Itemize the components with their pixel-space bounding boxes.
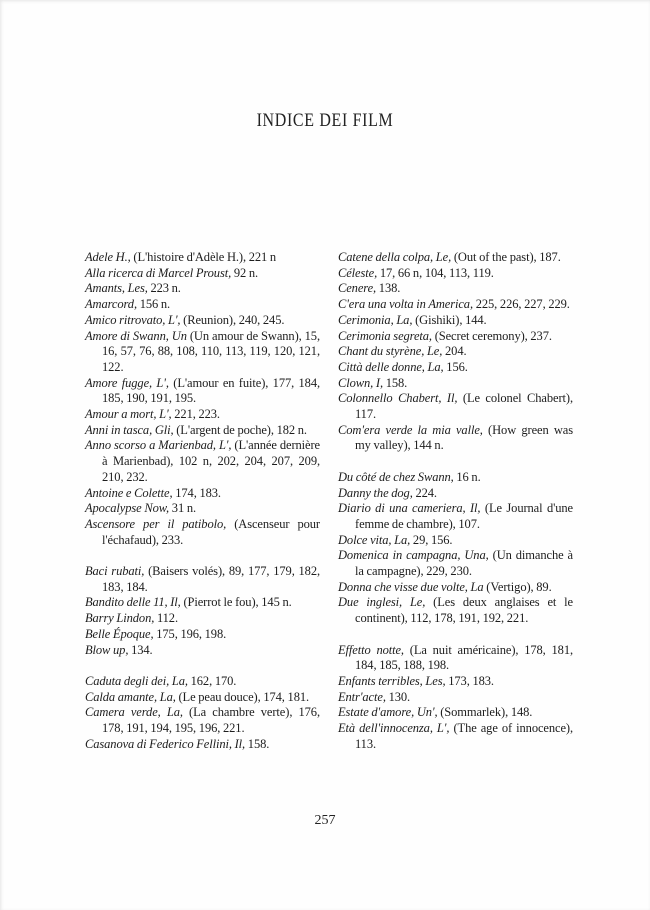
index-entry: Catene della colpa, Le, (Out of the past… [338,250,573,266]
index-entry: Amants, Les, 223 n. [85,281,320,297]
index-entry: Belle Époque, 175, 196, 198. [85,627,320,643]
entry-refs: (L'argent de poche), 182 n. [174,423,307,437]
index-column-left: Adele H., (L'histoire d'Adèle H.), 221 n… [85,250,320,752]
film-title: Com'era verde la mia valle, [338,423,483,437]
film-title: Adele H., [85,250,131,264]
film-title: Cerimonia, La, [338,313,412,327]
film-title: Du côté de chez Swann, [338,470,454,484]
film-title: Catene della colpa, Le, [338,250,451,264]
film-title: Ascensore per il patibolo, [85,517,226,531]
index-group-e: Effetto notte, (La nuit américaine), 178… [338,643,573,753]
index-entry: Calda amante, La, (Le peau douce), 174, … [85,690,320,706]
index-entry: Cerimonia, La, (Gishiki), 144. [338,313,573,329]
index-entry: Due inglesi, Le, (Les deux anglaises et … [338,595,573,626]
entry-refs: (Secret ceremony), 237. [432,329,552,343]
entry-refs: 31 n. [169,501,196,515]
index-group-a: Adele H., (L'histoire d'Adèle H.), 221 n… [85,250,320,548]
entry-refs: 92 n. [231,266,258,280]
entry-refs: (Sommarlek), 148. [438,705,533,719]
index-entry: Donna che visse due volte, La (Vertigo),… [338,580,573,596]
film-title: Entr'acte, [338,690,386,704]
index-entry: Anno scorso a Marienbad, L', (L'année de… [85,438,320,485]
book-page: INDICE DEI FILM Adele H., (L'histoire d'… [0,0,650,910]
film-title: Amour a mort, L', [85,407,172,421]
film-title: Blow up, [85,643,128,657]
index-entry: Chant du styrène, Le, 204. [338,344,573,360]
index-entry: Blow up, 134. [85,643,320,659]
film-title: Donna che visse due volte, La [338,580,484,594]
index-entry: Città delle donne, La, 156. [338,360,573,376]
film-title: Cerimonia segreta, [338,329,432,343]
film-title: Calda amante, La, [85,690,176,704]
film-title: Cenere, [338,281,376,295]
entry-refs: 224. [413,486,437,500]
index-entry: Enfants terribles, Les, 173, 183. [338,674,573,690]
index-entry: Anni in tasca, Gli, (L'argent de poche),… [85,423,320,439]
entry-refs: 16 n. [454,470,481,484]
index-entry: Clown, I, 158. [338,376,573,392]
index-entry: Amour a mort, L', 221, 223. [85,407,320,423]
index-entry: Estate d'amore, Un', (Sommarlek), 148. [338,705,573,721]
index-entry: Com'era verde la mia valle, (How green w… [338,423,573,454]
entry-refs: 138. [376,281,400,295]
entry-refs: 174, 183. [173,486,221,500]
entry-refs: 175, 196, 198. [154,627,227,641]
entry-refs: (Vertigo), 89. [484,580,552,594]
film-title: Estate d'amore, Un', [338,705,438,719]
entry-refs: 130. [386,690,410,704]
entry-refs: 134. [128,643,152,657]
index-entry: Casanova di Federico Fellini, Il, 158. [85,737,320,753]
index-entry: Domenica in campagna, Una, (Un dimanche … [338,548,573,579]
entry-refs: 225, 226, 227, 229. [473,297,570,311]
index-entry: Danny the dog, 224. [338,486,573,502]
entry-refs: (Reunion), 240, 245. [180,313,284,327]
film-title: Bandito delle 11, Il, [85,595,181,609]
entry-refs: 223 n. [148,281,181,295]
entry-refs: (Gishiki), 144. [412,313,486,327]
film-title: Céleste, [338,266,377,280]
film-title: Apocalypse Now, [85,501,169,515]
index-entry: Amico ritrovato, L', (Reunion), 240, 245… [85,313,320,329]
index-entry: Adele H., (L'histoire d'Adèle H.), 221 n [85,250,320,266]
film-title: Antoine e Colette, [85,486,173,500]
film-title: Domenica in campagna, Una, [338,548,489,562]
index-entry: Antoine e Colette, 174, 183. [85,486,320,502]
film-title: Belle Époque, [85,627,154,641]
film-title: Città delle donne, La, [338,360,444,374]
film-title: Baci rubati, [85,564,144,578]
index-entry: C'era una volta in America, 225, 226, 22… [338,297,573,313]
film-title: Età dell'innocenza, L', [338,721,449,735]
entry-refs: 204. [442,344,466,358]
entry-refs: 221, 223. [172,407,220,421]
entry-refs: 29, 156. [410,533,452,547]
entry-refs: 17, 66 n, 104, 113, 119. [377,266,494,280]
film-title: Barry Lindon, [85,611,154,625]
index-entry: Cenere, 138. [338,281,573,297]
entry-refs: (L'histoire d'Adèle H.), 221 n [131,250,276,264]
film-title: Chant du styrène, Le, [338,344,442,358]
film-title: Anno scorso a Marienbad, L', [85,438,231,452]
page-title: INDICE DEI FILM [52,110,598,132]
film-title: C'era una volta in America, [338,297,473,311]
entry-refs: (Pierrot le fou), 145 n. [181,595,292,609]
entry-refs: 156. [444,360,468,374]
index-group-d: Du côté de chez Swann, 16 n.Danny the do… [338,470,573,627]
film-title: Amore fugge, L', [85,376,169,390]
film-title: Due inglesi, Le, [338,595,425,609]
index-entry: Amore di Swann, Un (Un amour de Swann), … [85,329,320,376]
film-title: Effetto notte, [338,643,404,657]
film-title: Amico ritrovato, L', [85,313,180,327]
entry-refs: (Le peau douce), 174, 181. [176,690,309,704]
film-title: Diario di una cameriera, Il, [338,501,480,515]
index-column-right: Catene della colpa, Le, (Out of the past… [338,250,573,752]
index-entry: Camera verde, La, (La chambre verte), 17… [85,705,320,736]
index-entry: Bandito delle 11, Il, (Pierrot le fou), … [85,595,320,611]
index-entry: Dolce vita, La, 29, 156. [338,533,573,549]
film-title: Camera verde, La, [85,705,183,719]
entry-refs: (Out of the past), 187. [451,250,561,264]
film-title: Alla ricerca di Marcel Proust, [85,266,231,280]
entry-refs: 173, 183. [446,674,494,688]
index-entry: Età dell'innocenza, L', (The age of inno… [338,721,573,752]
index-entry: Effetto notte, (La nuit américaine), 178… [338,643,573,674]
film-title: Casanova di Federico Fellini, Il, [85,737,245,751]
index-columns: Adele H., (L'histoire d'Adèle H.), 221 n… [85,250,573,752]
film-title: Enfants terribles, Les, [338,674,446,688]
index-entry: Apocalypse Now, 31 n. [85,501,320,517]
index-entry: Amarcord, 156 n. [85,297,320,313]
index-entry: Baci rubati, (Baisers volés), 89, 177, 1… [85,564,320,595]
entry-refs: 112. [154,611,178,625]
film-title: Amarcord, [85,297,137,311]
index-entry: Ascensore per il patibolo, (Ascenseur po… [85,517,320,548]
page-number: 257 [0,813,650,829]
index-group-c: Catene della colpa, Le, (Out of the past… [338,250,573,454]
index-entry: Alla ricerca di Marcel Proust, 92 n. [85,266,320,282]
film-title: Amore di Swann, Un [85,329,187,343]
film-title: Clown, I, [338,376,383,390]
film-title: Dolce vita, La, [338,533,410,547]
film-title: Amants, Les, [85,281,148,295]
index-group-b: Baci rubati, (Baisers volés), 89, 177, 1… [85,564,320,658]
index-entry: Barry Lindon, 112. [85,611,320,627]
index-entry: Colonnello Chabert, Il, (Le colonel Chab… [338,391,573,422]
entry-refs: 156 n. [137,297,170,311]
film-title: Danny the dog, [338,486,413,500]
index-group-c: Caduta degli dei, La, 162, 170.Calda ama… [85,674,320,753]
index-entry: Du côté de chez Swann, 16 n. [338,470,573,486]
index-entry: Céleste, 17, 66 n, 104, 113, 119. [338,266,573,282]
film-title: Caduta degli dei, La, [85,674,188,688]
film-title: Colonnello Chabert, Il, [338,391,457,405]
index-entry: Caduta degli dei, La, 162, 170. [85,674,320,690]
index-entry: Diario di una cameriera, Il, (Le Journal… [338,501,573,532]
film-title: Anni in tasca, Gli, [85,423,174,437]
index-entry: Entr'acte, 130. [338,690,573,706]
entry-refs: 158. [383,376,407,390]
index-entry: Cerimonia segreta, (Secret ceremony), 23… [338,329,573,345]
entry-refs: 162, 170. [188,674,236,688]
index-entry: Amore fugge, L', (L'amour en fuite), 177… [85,376,320,407]
entry-refs: 158. [245,737,269,751]
